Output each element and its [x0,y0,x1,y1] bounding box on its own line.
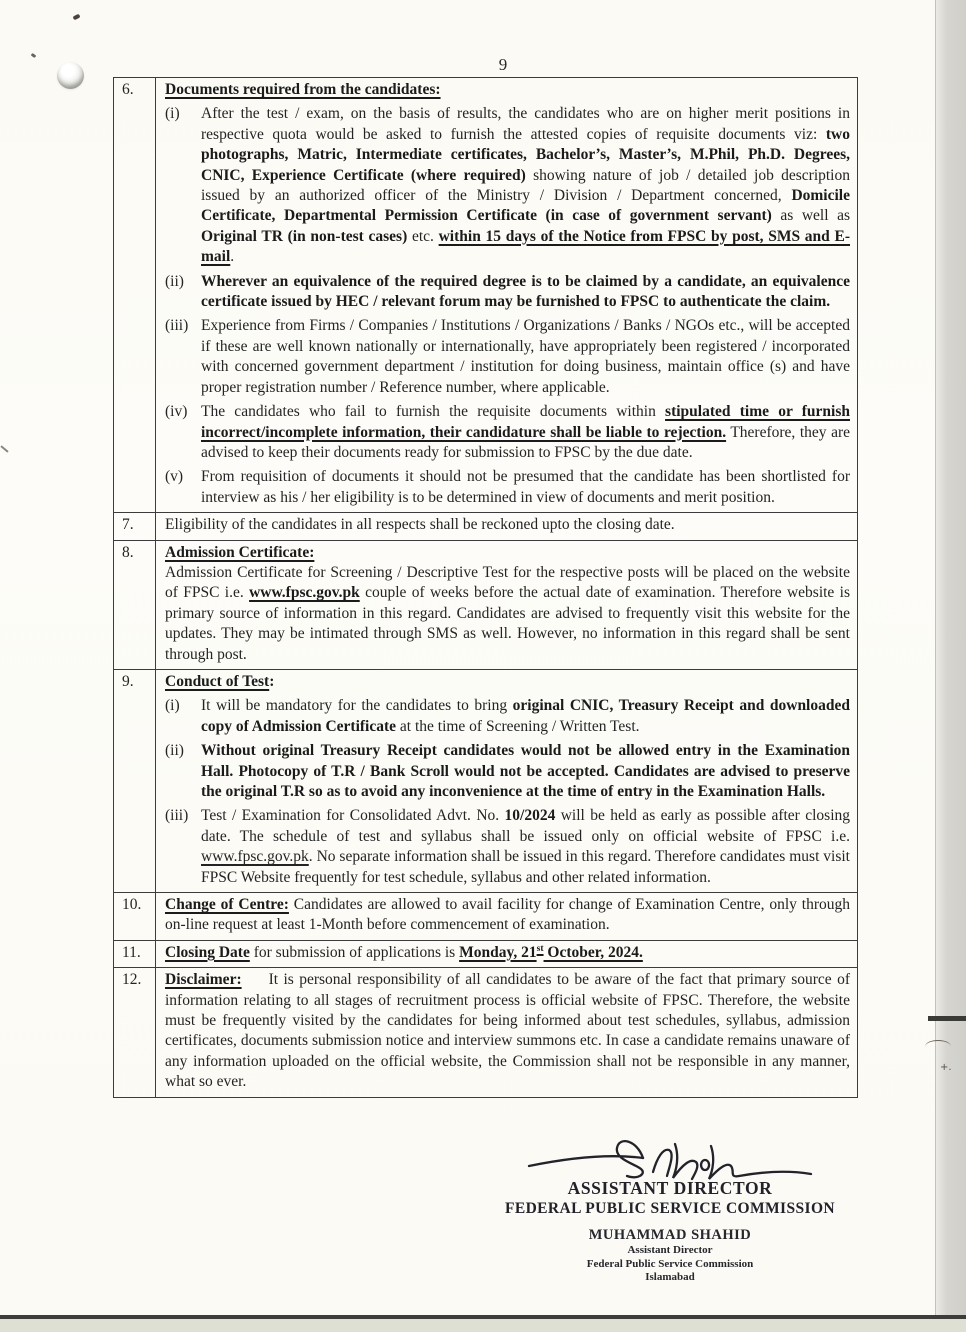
clause-item: (iii)Test / Examination for Consolidated… [165,806,850,888]
clause-item: (iv)The candidates who fail to furnish t… [165,402,850,463]
text-run: Closing Date [165,944,250,961]
signature-icon [525,1126,815,1182]
clause-item: (ii)Wherever an equivalence of the requi… [165,272,850,313]
clause-label: (iv) [165,402,201,463]
text-run: www.fpsc.gov.pk [249,584,360,601]
row-content: Admission Certificate:Admission Certific… [156,541,857,669]
table-row: 8.Admission Certificate:Admission Certif… [114,540,857,669]
text-run: Test / Examination for Consolidated Advt… [201,807,505,824]
clause-item: (i)After the test / exam, on the basis o… [165,104,850,267]
row-number: 8. [114,541,156,669]
scanner-bottom-strip [0,1319,966,1332]
clause-text: The candidates who fail to furnish the r… [201,402,850,463]
text-run: Monday, 21 [459,944,537,961]
text-run: Wherever an equivalence of the required … [201,273,850,310]
text-run: at the time of Screening / Written Test. [396,718,640,735]
scan-speck-artifact [72,14,80,21]
row-content: Eligibility of the candidates in all res… [156,513,857,539]
text-run: . [230,248,234,265]
clause-item: (i)It will be mandatory for the candidat… [165,696,850,737]
paragraph: Admission Certificate for Screening / De… [165,563,850,665]
stamp-name: MUHAMMAD SHAHID [455,1227,885,1244]
clause-text: Wherever an equivalence of the required … [201,272,850,313]
text-run: The candidates who fail to furnish the r… [201,403,665,420]
text-run: Documents required from the candidates: [165,81,441,98]
row-number: 10. [114,893,156,940]
text-run: October, 2024. [544,944,643,961]
clause-label: (iii) [165,806,201,888]
text-run: etc. [407,228,438,245]
text-run: Conduct of Test [165,673,269,690]
page-number: 9 [0,55,966,75]
clause-text: Experience from Firms / Companies / Inst… [201,316,850,398]
text-run: as well as [772,207,850,224]
text-run: st [537,943,544,954]
scanner-edge-strip [935,0,966,1332]
text-run: Disclaimer: [165,971,242,988]
table-row: 12.Disclaimer: It is personal responsibi… [114,967,857,1096]
scan-mark-artifact [925,1040,951,1053]
clause-label: (ii) [165,272,201,313]
row-content: Closing Date for submission of applicati… [156,941,857,967]
clause-text: Test / Examination for Consolidated Advt… [201,806,850,888]
section-heading: Admission Certificate: [165,543,850,563]
text-run: It will be mandatory for the candidates … [201,697,513,714]
clause-label: (i) [165,104,201,267]
row-content: Documents required from the candidates:(… [156,78,857,512]
clause-item: (iii)Experience from Firms / Companies /… [165,316,850,398]
paragraph: Eligibility of the candidates in all res… [165,515,850,535]
text-run: From requisition of documents it should … [201,468,850,505]
section-heading: Conduct of Test: [165,672,850,692]
text-run: Experience from Firms / Companies / Inst… [201,317,850,395]
text-run: Without original Treasury Receipt candid… [201,742,850,800]
row-number: 6. [114,78,156,512]
clause-text: Without original Treasury Receipt candid… [201,741,850,802]
clause-text: After the test / exam, on the basis of r… [201,104,850,267]
clause-text: It will be mandatory for the candidates … [201,696,850,737]
section-heading: Documents required from the candidates: [165,80,850,100]
table-row: 11.Closing Date for submission of applic… [114,940,857,967]
paragraph: Closing Date for submission of applicati… [165,943,850,963]
text-run: Eligibility of the candidates in all res… [165,516,675,533]
clause-text: From requisition of documents it should … [201,467,850,508]
row-content: Disclaimer: It is personal responsibilit… [156,968,857,1096]
stamp-organization: Federal Public Service Commission [455,1258,885,1272]
clause-label: (ii) [165,741,201,802]
table-row: 6.Documents required from the candidates… [114,78,857,512]
signature-block: ASSISTANT DIRECTOR FEDERAL PUBLIC SERVIC… [455,1126,885,1285]
scan-mark-artifact: +. [940,1063,949,1072]
text-run: It is personal responsibility of all can… [165,971,850,1090]
signatory-stamp: MUHAMMAD SHAHID Assistant Director Feder… [455,1227,885,1285]
clause-item: (v)From requisition of documents it shou… [165,467,850,508]
clause-label: (i) [165,696,201,737]
row-number: 12. [114,968,156,1096]
clause-label: (v) [165,467,201,508]
signatory-designation: ASSISTANT DIRECTOR [455,1178,885,1199]
stamp-title: Assistant Director [455,1244,885,1258]
clause-label: (iii) [165,316,201,398]
text-run: 10/2024 [505,807,556,824]
text-run: for submission of applications is [250,944,459,961]
text-run: www.fpsc.gov.pk [201,848,309,865]
table-row: 9.Conduct of Test:(i)It will be mandator… [114,669,857,892]
row-number: 7. [114,513,156,539]
stamp-city: Islamabad [455,1271,885,1285]
row-content: Change of Centre: Candidates are allowed… [156,893,857,940]
text-run: Change of Centre: [165,896,289,913]
text-run: After the test / exam, on the basis of r… [201,105,850,142]
scan-speck-artifact [0,445,8,452]
clause-item: (ii)Without original Treasury Receipt ca… [165,741,850,802]
punch-hole-artifact [57,62,84,89]
text-run: : [269,673,274,690]
row-content: Conduct of Test:(i)It will be mandatory … [156,670,857,892]
text-run: Original TR (in non-test cases) [201,228,407,245]
paragraph: Change of Centre: Candidates are allowed… [165,895,850,936]
row-number: 11. [114,941,156,967]
text-run: Admission Certificate: [165,544,314,561]
signatory-organization: FEDERAL PUBLIC SERVICE COMMISSION [455,1200,885,1218]
scan-mark-artifact [928,1016,966,1021]
document-table: 6.Documents required from the candidates… [113,77,858,1098]
table-row: 10.Change of Centre: Candidates are allo… [114,892,857,940]
row-number: 9. [114,670,156,892]
paragraph: Disclaimer: It is personal responsibilit… [165,970,850,1092]
table-row: 7.Eligibility of the candidates in all r… [114,512,857,539]
